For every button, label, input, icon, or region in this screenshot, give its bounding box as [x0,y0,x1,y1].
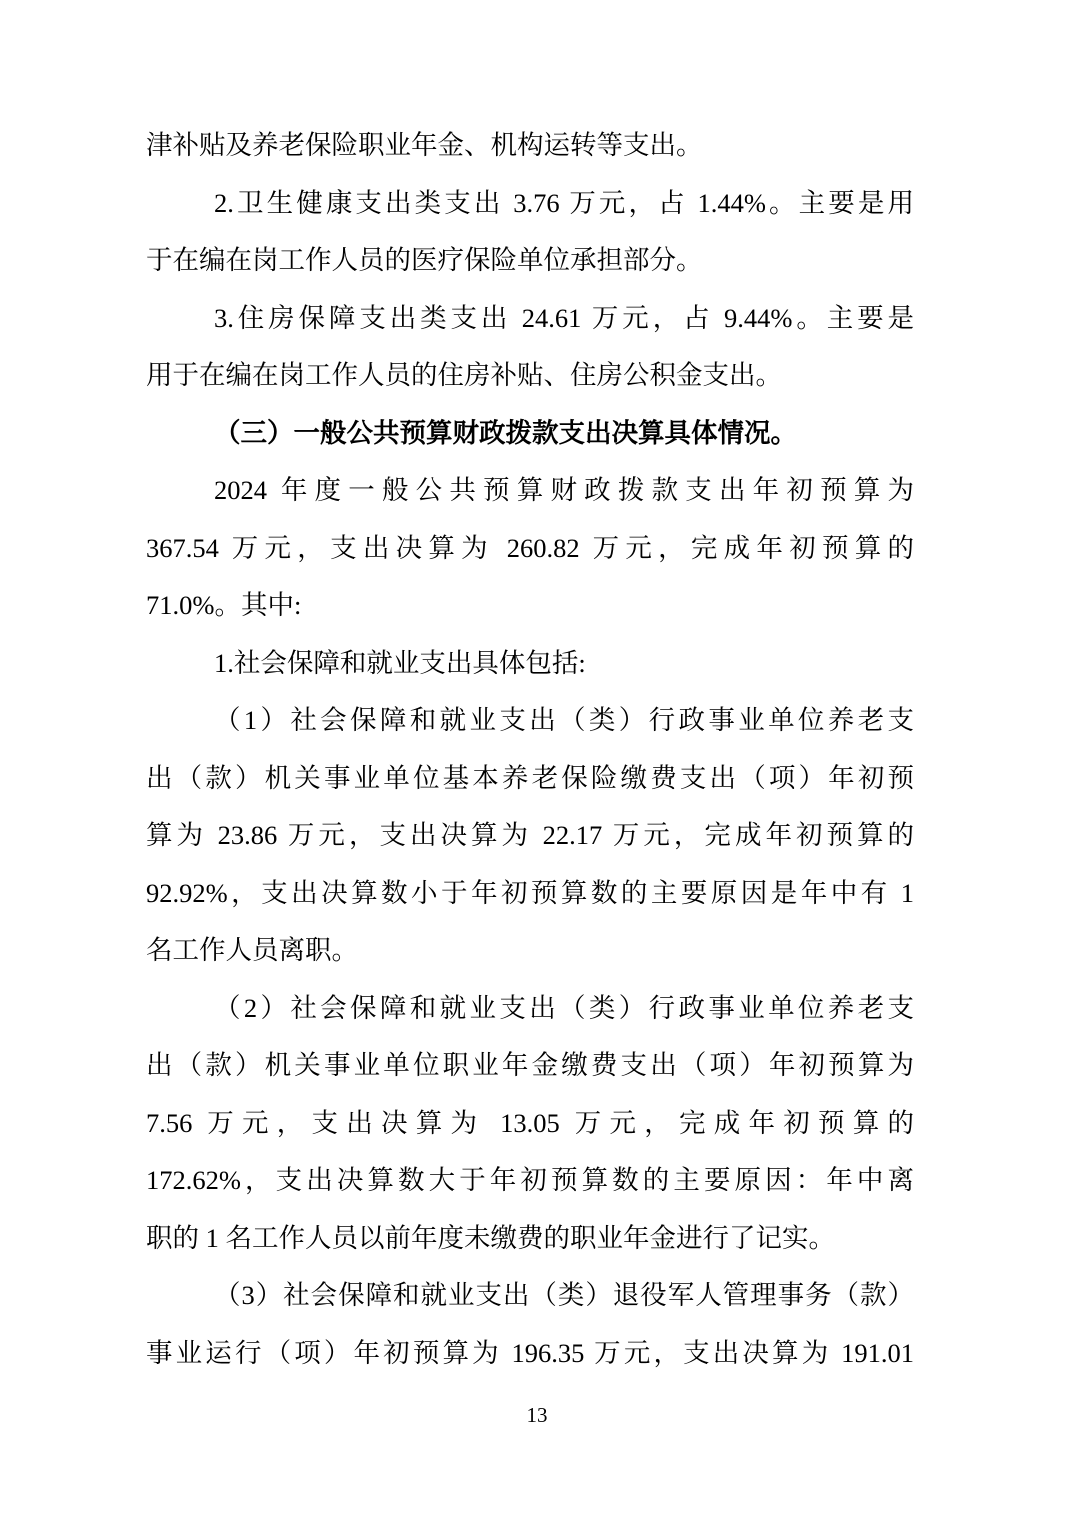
text-line: 2024 年度一般公共预算财政拨款支出年初预算为 [146,462,914,520]
text-line: 3.住房保障支出类支出 24.61 万元，占 9.44%。主要是 [146,290,914,348]
text-line: 71.0%。其中: [146,577,914,635]
text-line: 1.社会保障和就业支出具体包括: [146,635,914,693]
text-line: 于在编在岗工作人员的医疗保险单位承担部分。 [146,232,914,290]
text-line: （3）社会保障和就业支出（类）退役军人管理事务（款） [146,1267,914,1325]
text-line: 出（款）机关事业单位基本养老保险缴费支出（项）年初预 [146,750,914,808]
page-number: 13 [0,1400,1074,1430]
text-line: 92.92%，支出决算数小于年初预算数的主要原因是年中有 1 [146,865,914,923]
text-line: 用于在编在岗工作人员的住房补贴、住房公积金支出。 [146,347,914,405]
text-line: 职的 1 名工作人员以前年度未缴费的职业年金进行了记实。 [146,1210,914,1268]
text-line: （1）社会保障和就业支出（类）行政事业单位养老支 [146,692,914,750]
document-page: 津补贴及养老保险职业年金、机构运转等支出。2.卫生健康支出类支出 3.76 万元… [0,0,1074,1520]
text-line: （2）社会保障和就业支出（类）行政事业单位养老支 [146,980,914,1038]
text-line: 2.卫生健康支出类支出 3.76 万元，占 1.44%。主要是用 [146,175,914,233]
text-line: 津补贴及养老保险职业年金、机构运转等支出。 [146,117,914,175]
text-line: 出（款）机关事业单位职业年金缴费支出（项）年初预算为 [146,1037,914,1095]
text-line: 事业运行（项）年初预算为 196.35 万元，支出决算为 191.01 [146,1325,914,1383]
text-line: （三）一般公共预算财政拨款支出决算具体情况。 [146,405,914,463]
text-line: 算为 23.86 万元，支出决算为 22.17 万元，完成年初预算的 [146,807,914,865]
text-line: 7.56 万元，支出决算为 13.05 万元，完成年初预算的 [146,1095,914,1153]
text-line: 名工作人员离职。 [146,922,914,980]
text-content: 津补贴及养老保险职业年金、机构运转等支出。2.卫生健康支出类支出 3.76 万元… [146,117,914,1382]
text-line: 367.54 万元，支出决算为 260.82 万元，完成年初预算的 [146,520,914,578]
text-line: 172.62%，支出决算数大于年初预算数的主要原因：年中离 [146,1152,914,1210]
